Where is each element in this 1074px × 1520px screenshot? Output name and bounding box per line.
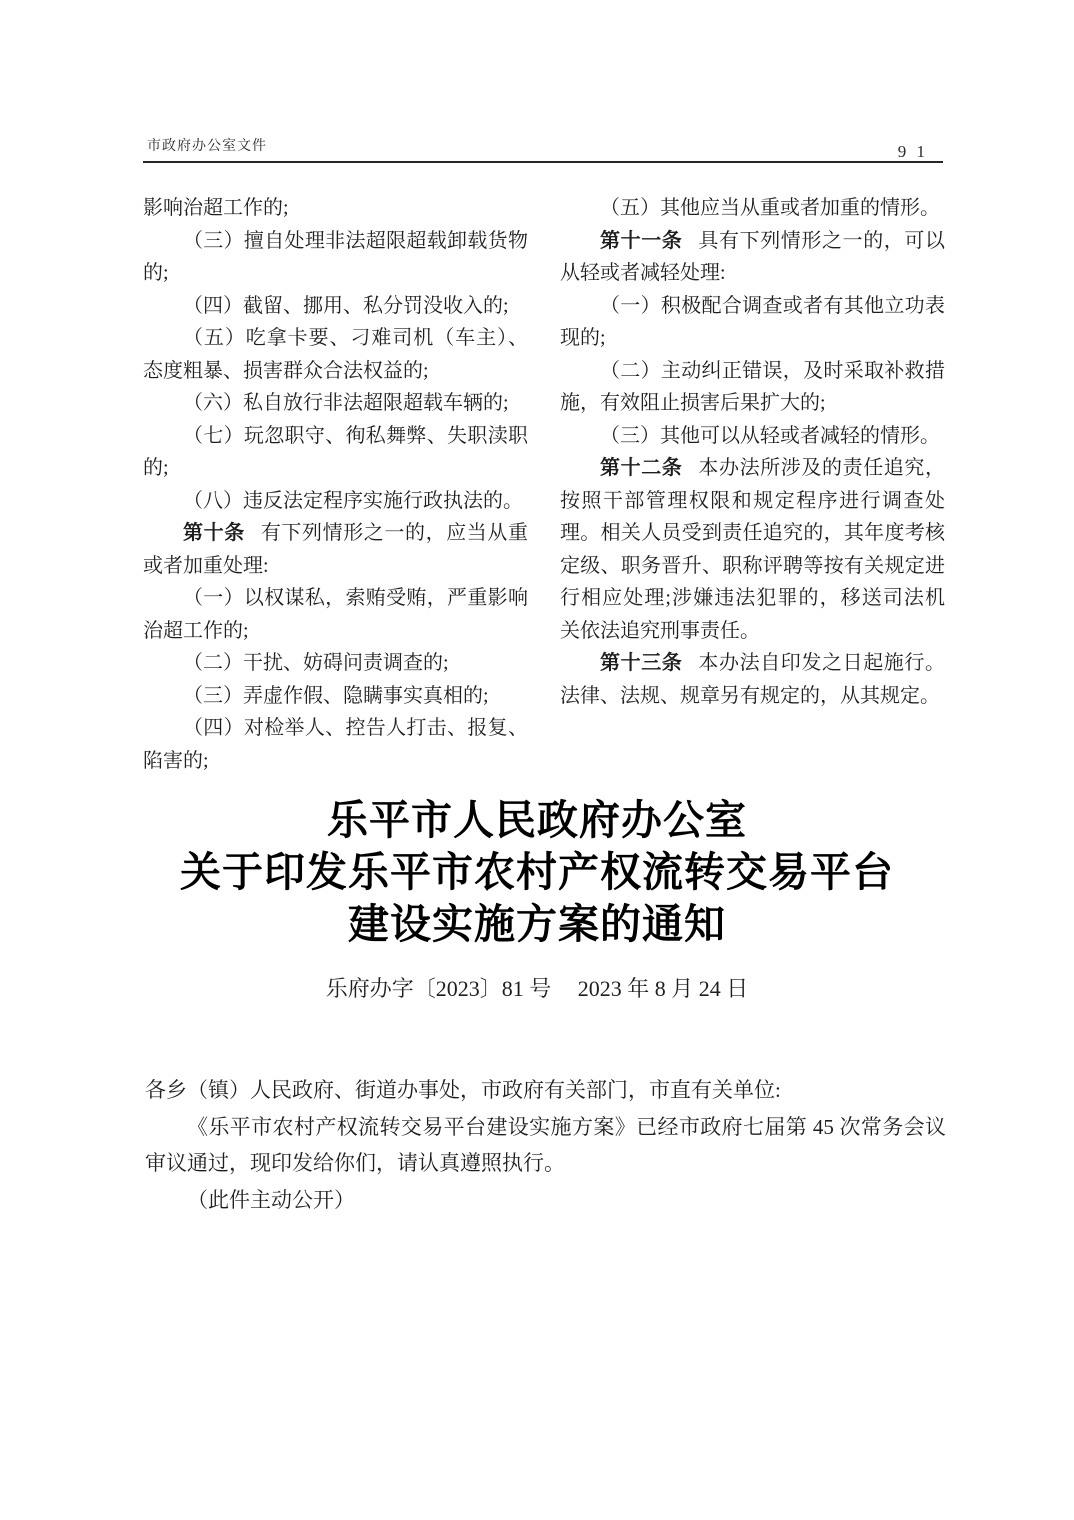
notice-title-line-2: 关于印发乐平市农村产权流转交易平台	[0, 846, 1074, 898]
paragraph: 《乐平市农村产权流转交易平台建设实施方案》已经市政府七届第 45 次常务会议审议…	[145, 1109, 946, 1182]
doc-number-line: 乐府办字〔2023〕81 号2023 年 8 月 24 日	[0, 972, 1074, 1003]
paragraph: （八）违反法定程序实施行政执法的。	[143, 485, 528, 518]
paragraph: （二）干扰、妨碍问责调查的;	[143, 647, 528, 680]
page-number: 9 1	[898, 142, 928, 162]
column-right: （五）其他应当从重或者加重的情形。第十一条具有下列情形之一的，可以从轻或者减轻处…	[560, 192, 945, 777]
two-column-section: 影响治超工作的;（三）擅自处理非法超限超载卸载货物的;（四）截留、挪用、私分罚没…	[143, 192, 945, 777]
document-page: 市政府办公室文件 9 1 影响治超工作的;（三）擅自处理非法超限超载卸载货物的;…	[0, 0, 1074, 1520]
paragraph: （五）其他应当从重或者加重的情形。	[560, 192, 945, 225]
paragraph: （一）以权谋私，索贿受贿，严重影响治超工作的;	[143, 582, 528, 647]
article-paragraph: 第十一条具有下列情形之一的，可以从轻或者减轻处理:	[560, 225, 945, 290]
paragraph: （三）擅自处理非法超限超载卸载货物的;	[143, 225, 528, 290]
header-doc-type-label: 市政府办公室文件	[147, 135, 267, 155]
notice-title-line-1: 乐平市人民政府办公室	[0, 794, 1074, 846]
article-paragraph: 第十条有下列情形之一的，应当从重或者加重处理:	[143, 517, 528, 582]
paragraph: （四）截留、挪用、私分罚没收入的;	[143, 290, 528, 323]
paragraph: （三）其他可以从轻或者减轻的情形。	[560, 420, 945, 453]
paragraph: （三）弄虚作假、隐瞒事实真相的;	[143, 680, 528, 713]
doc-date: 2023 年 8 月 24 日	[578, 976, 749, 1001]
article-paragraph: 第十二条本办法所涉及的责任追究，按照干部管理权限和规定程序进行调查处理。相关人员…	[560, 452, 945, 647]
doc-number: 乐府办字〔2023〕81 号	[326, 976, 552, 1001]
notice-title-line-3: 建设实施方案的通知	[0, 898, 1074, 950]
paragraph: （二）主动纠正错误，及时采取补救措施，有效阻止损害后果扩大的;	[560, 355, 945, 420]
paragraph: （五）吃拿卡要、刁难司机（车主）、态度粗暴、损害群众合法权益的;	[143, 322, 528, 387]
paragraph: （一）积极配合调查或者有其他立功表现的;	[560, 290, 945, 355]
column-left: 影响治超工作的;（三）擅自处理非法超限超载卸载货物的;（四）截留、挪用、私分罚没…	[143, 192, 528, 777]
paragraph: （六）私自放行非法超限超载车辆的;	[143, 387, 528, 420]
paragraph: （四）对检举人、控告人打击、报复、陷害的;	[143, 712, 528, 777]
article-number: 第十二条	[600, 457, 682, 479]
article-number: 第十一条	[600, 230, 682, 252]
notice-title: 乐平市人民政府办公室 关于印发乐平市农村产权流转交易平台 建设实施方案的通知	[0, 794, 1074, 950]
paragraph: （此件主动公开）	[145, 1182, 946, 1219]
article-number: 第十条	[183, 522, 245, 544]
paragraph: 影响治超工作的;	[143, 192, 528, 225]
notice-body: 各乡（镇）人民政府、街道办事处，市政府有关部门，市直有关单位:《乐平市农村产权流…	[145, 1072, 946, 1218]
article-number: 第十三条	[600, 652, 682, 674]
article-paragraph: 第十三条本办法自印发之日起施行。法律、法规、规章另有规定的，从其规定。	[560, 647, 945, 712]
paragraph: （七）玩忽职守、徇私舞弊、失职渎职的;	[143, 420, 528, 485]
paragraph: 各乡（镇）人民政府、街道办事处，市政府有关部门，市直有关单位:	[145, 1072, 946, 1109]
header-rule	[143, 161, 943, 163]
